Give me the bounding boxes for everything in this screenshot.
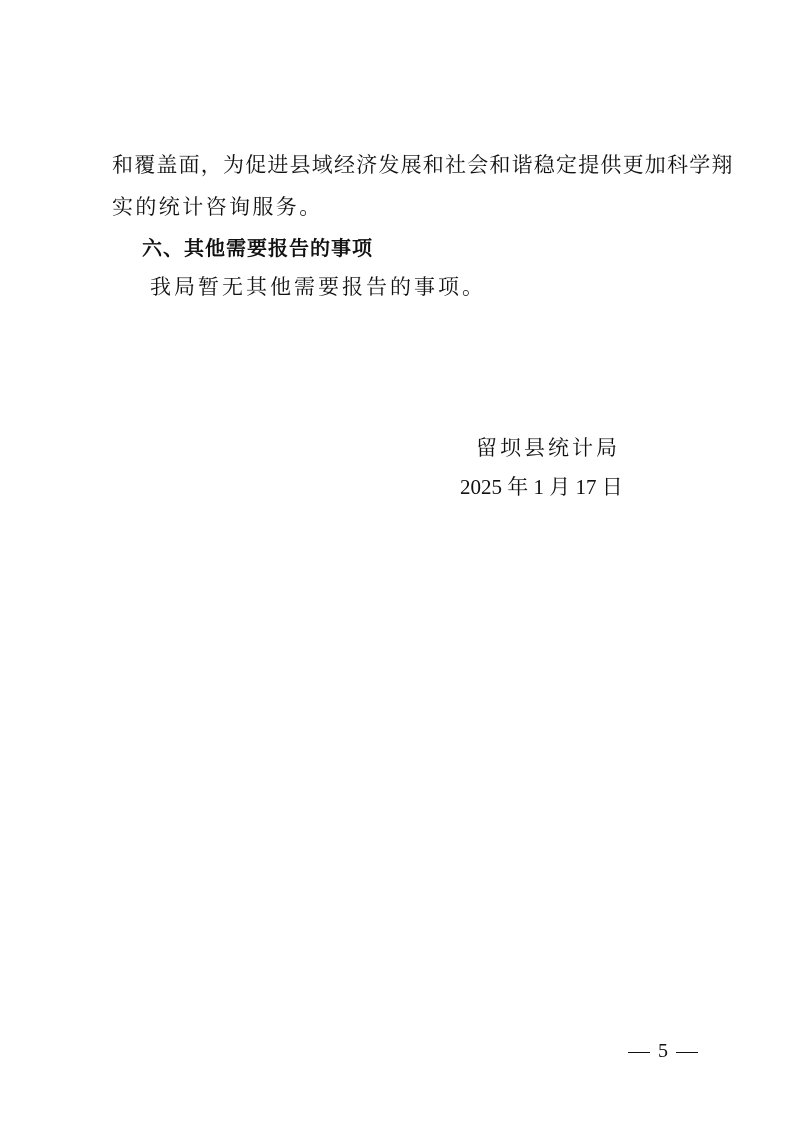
paragraph-line: 和覆盖面，为促进县域经济发展和社会和谐稳定提供更加科学翔 — [112, 150, 734, 180]
paragraph-line: 实的统计咨询服务。 — [112, 192, 323, 222]
signature-date: 2025 年 1 月 17 日 — [460, 472, 623, 502]
section-body: 我局暂无其他需要报告的事项。 — [150, 272, 486, 302]
section-heading: 六、其他需要报告的事项 — [142, 232, 373, 261]
page-number: 5 — [620, 1040, 706, 1063]
page-number-value: 5 — [658, 1040, 668, 1062]
dash-left-icon — [628, 1052, 650, 1054]
dash-right-icon — [676, 1052, 698, 1054]
signature-organization: 留坝县统计局 — [476, 433, 620, 463]
document-page: 和覆盖面，为促进县域经济发展和社会和谐稳定提供更加科学翔 实的统计咨询服务。 六… — [0, 0, 793, 1122]
